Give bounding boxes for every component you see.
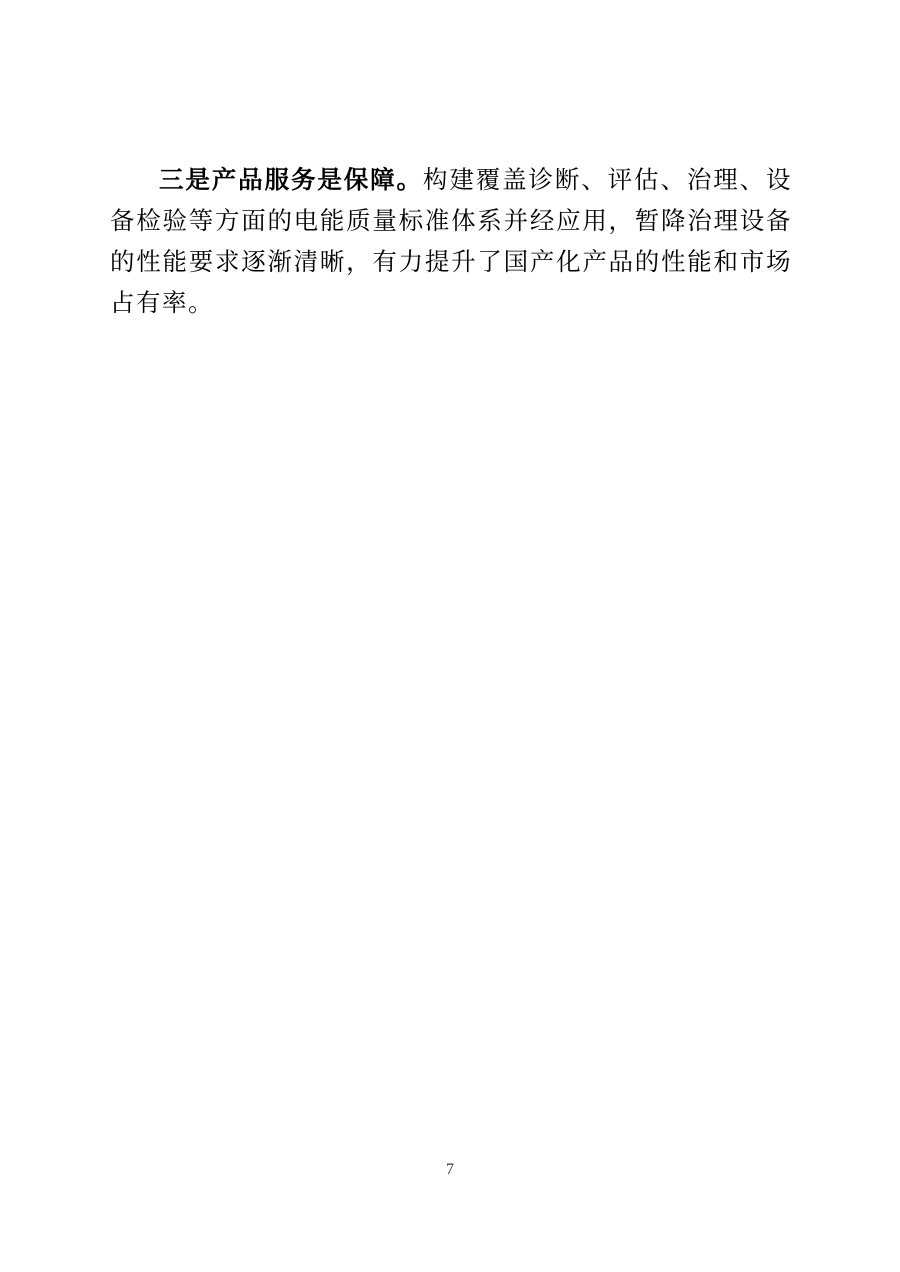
document-page: 三是产品服务是保障。构建覆盖诊断、评估、治理、设备检验等方面的电能质量标准体系并… [0,0,900,1272]
paragraph: 三是产品服务是保障。构建覆盖诊断、评估、治理、设备检验等方面的电能质量标准体系并… [110,160,792,324]
page-body: 三是产品服务是保障。构建覆盖诊断、评估、治理、设备检验等方面的电能质量标准体系并… [110,160,792,324]
paragraph-lead-bold: 三是产品服务是保障。 [159,167,423,194]
page-number: 7 [0,1160,900,1180]
